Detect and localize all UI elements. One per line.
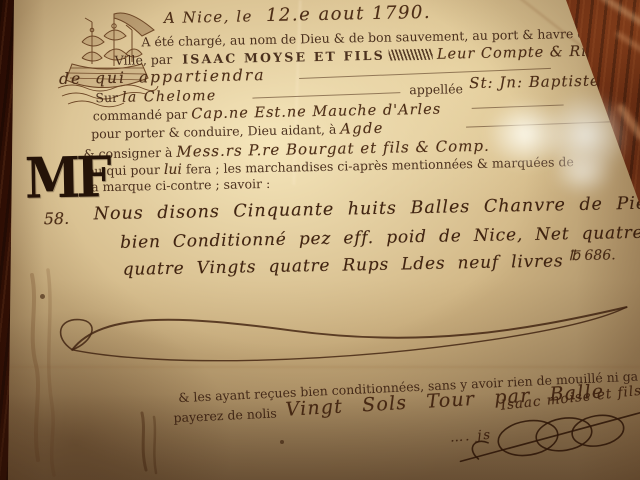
destination-fill: Agde: [340, 121, 384, 138]
signature-paraph: [455, 404, 640, 468]
form-rule: [252, 92, 400, 98]
strikethrough-scribble: [389, 49, 433, 61]
vessel-name: St: Jn: Baptiste: [469, 71, 600, 93]
porter-line: pour porter & conduire, Dieu aidant, à: [91, 122, 337, 142]
body-line-1: Nous disons Cinquante huits Balles Chanv…: [93, 193, 640, 225]
date-place: A Nice, le: [164, 7, 253, 27]
captain-fill: Cap.ne Est.ne Mauche d'Arles: [191, 102, 441, 123]
mf-monogram: MF: [24, 149, 108, 207]
paper-document: A Nice, le 12.e aout 1790. A été chargé,…: [0, 0, 640, 480]
ink-spot: [40, 294, 45, 299]
bale-count: 58.: [44, 209, 70, 228]
shipper-name: ISAAC MOYSE ET FILS: [182, 48, 385, 67]
weight-note: ℔ 686.: [568, 244, 615, 264]
commande-label: commandé par: [93, 107, 188, 124]
appartiendra-line: de qui appartiendra: [59, 65, 266, 88]
sur-label: Sur: [95, 90, 118, 105]
bleedthrough-marks: [14, 265, 314, 480]
vessel-fill: la Chelome: [122, 88, 217, 106]
date-value: 12.e aout 1790.: [266, 2, 432, 26]
marque-line: la marque ci-contre ; savoir :: [87, 176, 270, 195]
appelle-label: appellée: [409, 81, 463, 97]
photo-scene: A Nice, le 12.e aout 1790. A été chargé,…: [0, 0, 640, 480]
ink-spot: [280, 440, 284, 444]
ville-label: Ville, par: [115, 52, 173, 68]
date-line: A Nice, le 12.e aout 1790.: [164, 2, 432, 28]
body-line-2: bien Conditionné pez eff. poid de Nice, …: [120, 221, 640, 253]
vessel-line: Sur la Chelome: [95, 88, 217, 106]
flash-glare: [552, 150, 614, 196]
fera-fill: lui: [164, 162, 182, 178]
